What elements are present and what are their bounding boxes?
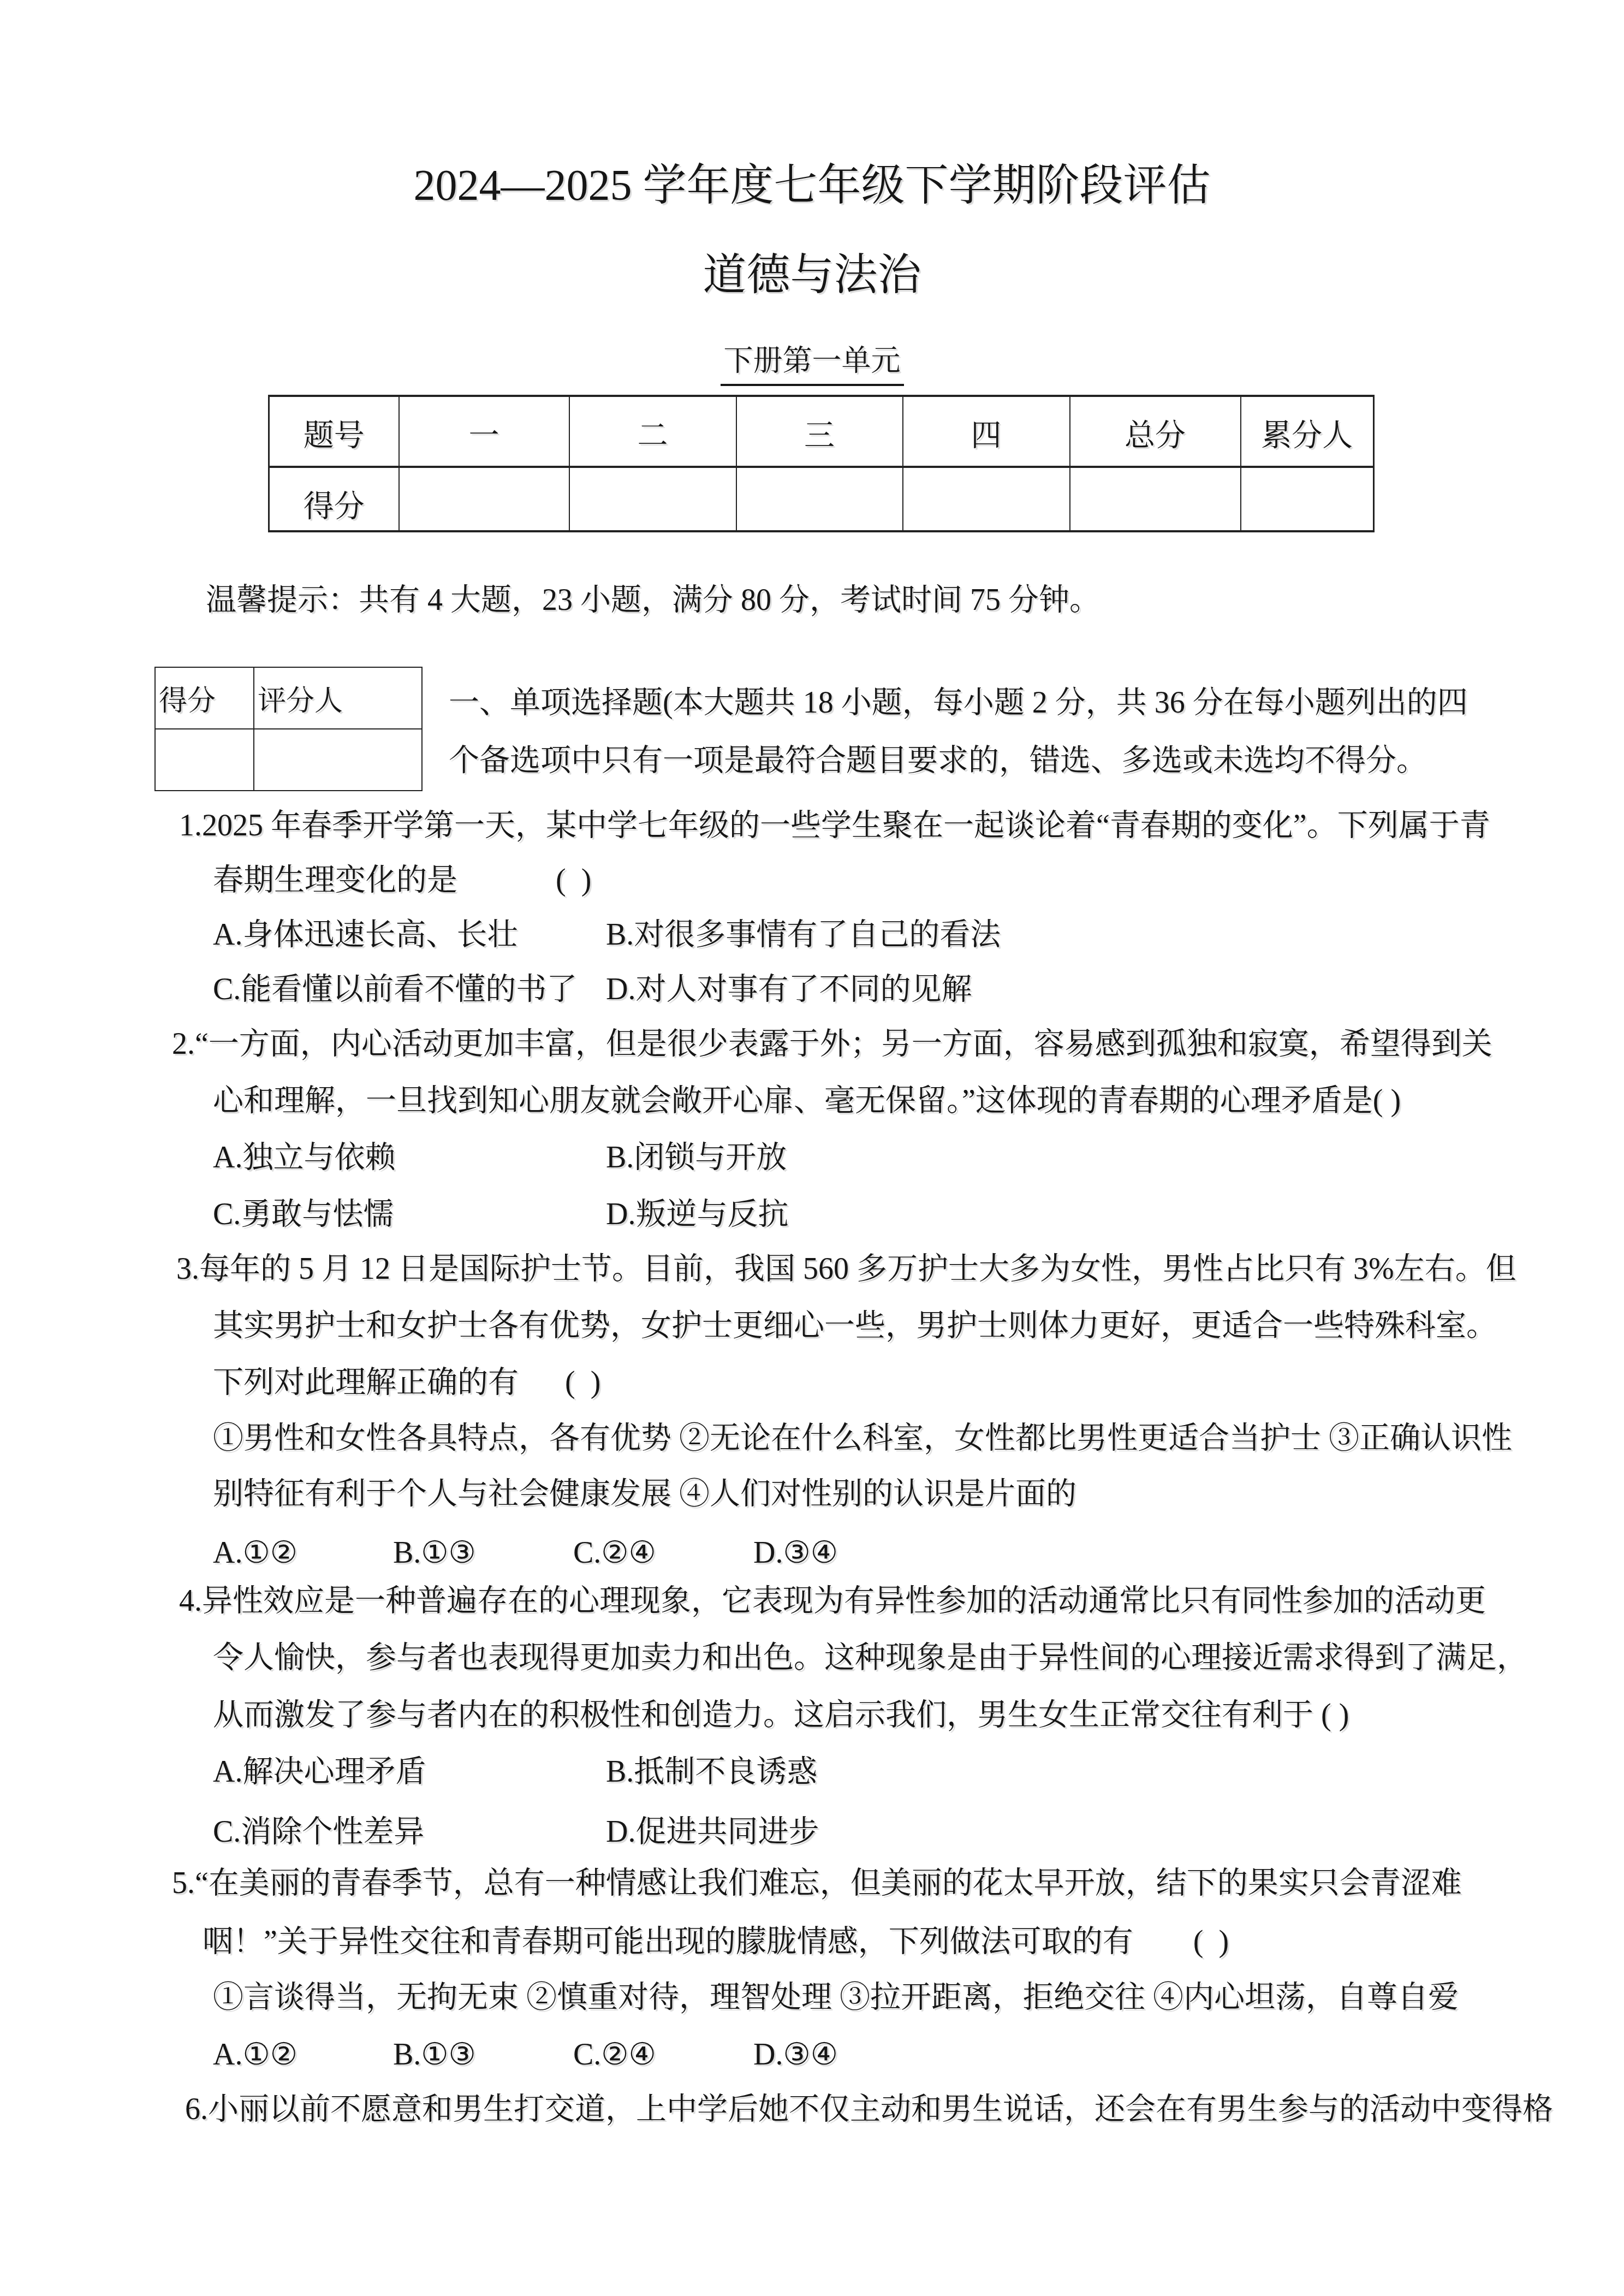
question-3-line-1: 3.每年的 5 月 12 日是国际护士节。目前，我国 560 多万护士大多为女性… xyxy=(176,1249,1516,1289)
grader-box-label-row: 得分 评分人 xyxy=(155,667,422,729)
question-2-options-cd: C.勇敢与怯懦D.叛逆与反抗 xyxy=(213,1194,788,1235)
question-4-option-a: A.解决心理矛盾 xyxy=(213,1752,606,1792)
grader-box-score-cell xyxy=(155,729,254,791)
question-3-option-d: D.③④ xyxy=(753,1536,838,1570)
grader-box-grader-cell xyxy=(254,729,422,791)
question-1-options-cd: C.能看懂以前看不懂的书了D.对人对事有了不同的见解 xyxy=(213,969,972,1010)
score-cell xyxy=(903,467,1070,531)
question-4-line-2: 令人愉快，参与者也表现得更加卖力和出色。这种现象是由于异性间的心理接近需求得到了… xyxy=(213,1638,1527,1678)
question-3-option-b: B.①③ xyxy=(393,1533,573,1573)
score-table-header-row: 题号 一 二 三 四 总分 累分人 xyxy=(269,396,1374,467)
unit-subtitle: 下册第一单元 xyxy=(721,345,904,386)
grader-box: 得分 评分人 xyxy=(154,667,423,791)
question-1-line-1: 1.2025 年春季开学第一天，某中学七年级的一些学生聚在一起谈论着“青春期的变… xyxy=(179,805,1490,846)
question-3-stem-end: 下列对此理解正确的有 xyxy=(213,1366,519,1399)
question-2-line-1: 2.“一方面，内心活动更加丰富，但是很少表露于外；另一方面，容易感到孤独和寂寞，… xyxy=(172,1024,1492,1064)
subject-title: 道德与法治 xyxy=(0,247,1624,304)
grader-box-score-label: 得分 xyxy=(155,667,254,729)
question-3-option-c: C.②④ xyxy=(573,1533,753,1573)
score-table-header-cell: 累分人 xyxy=(1241,396,1374,467)
question-4-option-d: D.促进共同进步 xyxy=(606,1815,819,1849)
exam-tip: 温馨提示：共有 4 大题，23 小题，满分 80 分，考试时间 75 分钟。 xyxy=(206,580,1100,620)
score-table-header-cell: 二 xyxy=(569,396,736,467)
question-3-line-3: 下列对此理解正确的有( ) xyxy=(213,1362,600,1403)
question-1-option-c: C.能看懂以前看不懂的书了 xyxy=(213,969,606,1010)
answer-bracket: ( ) xyxy=(1193,1925,1229,1959)
question-5-option-b: B.①③ xyxy=(393,2034,573,2075)
question-1-options-ab: A.身体迅速长高、长壮B.对很多事情有了自己的看法 xyxy=(213,915,1001,955)
score-table-value-row: 得分 xyxy=(269,467,1374,531)
score-table-header-cell: 一 xyxy=(399,396,569,467)
question-5-line-3: ①言谈得当，无拘无束 ②慎重对待，理智处理 ③拉开距离，拒绝交往 ④内心坦荡，自… xyxy=(213,1977,1459,2018)
question-2-options-ab: A.独立与依赖B.闭锁与开放 xyxy=(213,1137,787,1178)
score-cell xyxy=(399,467,569,531)
question-2-option-b: B.闭锁与开放 xyxy=(606,1141,787,1174)
grader-box-grader-label: 评分人 xyxy=(254,667,422,729)
score-table-header-cell: 三 xyxy=(736,396,903,467)
page-title: 2024—2025 学年度七年级下学期阶段评估 xyxy=(0,157,1624,214)
question-3-option-a: A.①② xyxy=(213,1533,393,1573)
question-1-option-b: B.对很多事情有了自己的看法 xyxy=(606,918,1001,952)
question-5-option-a: A.①② xyxy=(213,2034,393,2075)
question-1-stem-end: 春期生理变化的是 xyxy=(213,863,457,897)
question-4-options-ab: A.解决心理矛盾B.抵制不良诱惑 xyxy=(213,1752,817,1792)
score-summary-table: 题号 一 二 三 四 总分 累分人 得分 xyxy=(268,395,1375,532)
question-1-option-a: A.身体迅速长高、长壮 xyxy=(213,915,606,955)
question-4-line-1: 4.异性效应是一种普遍存在的心理现象，它表现为有异性参加的活动通常比只有同性参加… xyxy=(179,1581,1486,1621)
question-4-option-b: B.抵制不良诱惑 xyxy=(606,1755,817,1789)
unit-subtitle-row: 下册第一单元 xyxy=(0,341,1624,386)
grader-box-empty-row xyxy=(155,729,422,791)
score-table-header-cell: 四 xyxy=(903,396,1070,467)
question-3-line-5: 别特征有利于个人与社会健康发展 ④人们对性别的认识是片面的 xyxy=(213,1474,1076,1514)
score-cell xyxy=(569,467,736,531)
question-4-line-3: 从而激发了参与者内在的积极性和创造力。这启示我们，男生女生正常交往有利于 ( ) xyxy=(213,1695,1349,1735)
answer-bracket: ( ) xyxy=(556,863,591,897)
question-1-option-d: D.对人对事有了不同的见解 xyxy=(606,972,972,1006)
question-2-option-c: C.勇敢与怯懦 xyxy=(213,1194,606,1235)
section1-heading-line2: 个备选项中只有一项是最符合题目要求的，错选、多选或未选均不得分。 xyxy=(449,740,1427,781)
question-4-options-cd: C.消除个性差异D.促进共同进步 xyxy=(213,1812,819,1852)
answer-bracket: ( ) xyxy=(565,1366,600,1399)
question-5-options: A.①②B.①③C.②④D.③④ xyxy=(213,2034,838,2075)
section1-heading-line1: 一、单项选择题(本大题共 18 小题，每小题 2 分，共 36 分在每小题列出的… xyxy=(449,683,1468,723)
question-6-line-1: 6.小丽以前不愿意和男生打交道，上中学后她不仅主动和男生说话，还会在有男生参与的… xyxy=(185,2089,1553,2129)
score-cell xyxy=(736,467,903,531)
score-table-header-cell: 总分 xyxy=(1070,396,1241,467)
question-2-option-a: A.独立与依赖 xyxy=(213,1137,606,1178)
exam-page: 2024—2025 学年度七年级下学期阶段评估 道德与法治 下册第一单元 题号 … xyxy=(0,0,1624,2296)
question-5-option-d: D.③④ xyxy=(753,2038,838,2072)
question-3-line-4: ①男性和女性各具特点，各有优势 ②无论在什么科室，女性都比男性更适合当护士 ③正… xyxy=(213,1418,1512,1458)
score-row-label: 得分 xyxy=(269,467,399,531)
score-cell xyxy=(1241,467,1374,531)
question-2-line-2: 心和理解，一旦找到知心朋友就会敞开心扉、毫无保留。”这体现的青春期的心理矛盾是(… xyxy=(213,1081,1401,1121)
question-5-stem-end: 咽！”关于异性交往和青春期可能出现的朦胧情感，下列做法可取的有 xyxy=(203,1925,1133,1959)
question-5-line-2: 咽！”关于异性交往和青春期可能出现的朦胧情感，下列做法可取的有( ) xyxy=(203,1921,1229,1962)
question-4-option-c: C.消除个性差异 xyxy=(213,1812,606,1852)
question-5-line-1: 5.“在美丽的青春季节，总有一种情感让我们难忘，但美丽的花太早开放，结下的果实只… xyxy=(172,1863,1462,1903)
question-3-options: A.①②B.①③C.②④D.③④ xyxy=(213,1533,838,1573)
question-2-option-d: D.叛逆与反抗 xyxy=(606,1197,788,1231)
question-5-option-c: C.②④ xyxy=(573,2034,753,2075)
question-3-line-2: 其实男护士和女护士各有优势，女护士更细心一些，男护士则体力更好，更适合一些特殊科… xyxy=(213,1306,1497,1346)
score-table-header-cell: 题号 xyxy=(269,396,399,467)
score-cell xyxy=(1070,467,1241,531)
question-1-line-2: 春期生理变化的是( ) xyxy=(213,860,591,900)
